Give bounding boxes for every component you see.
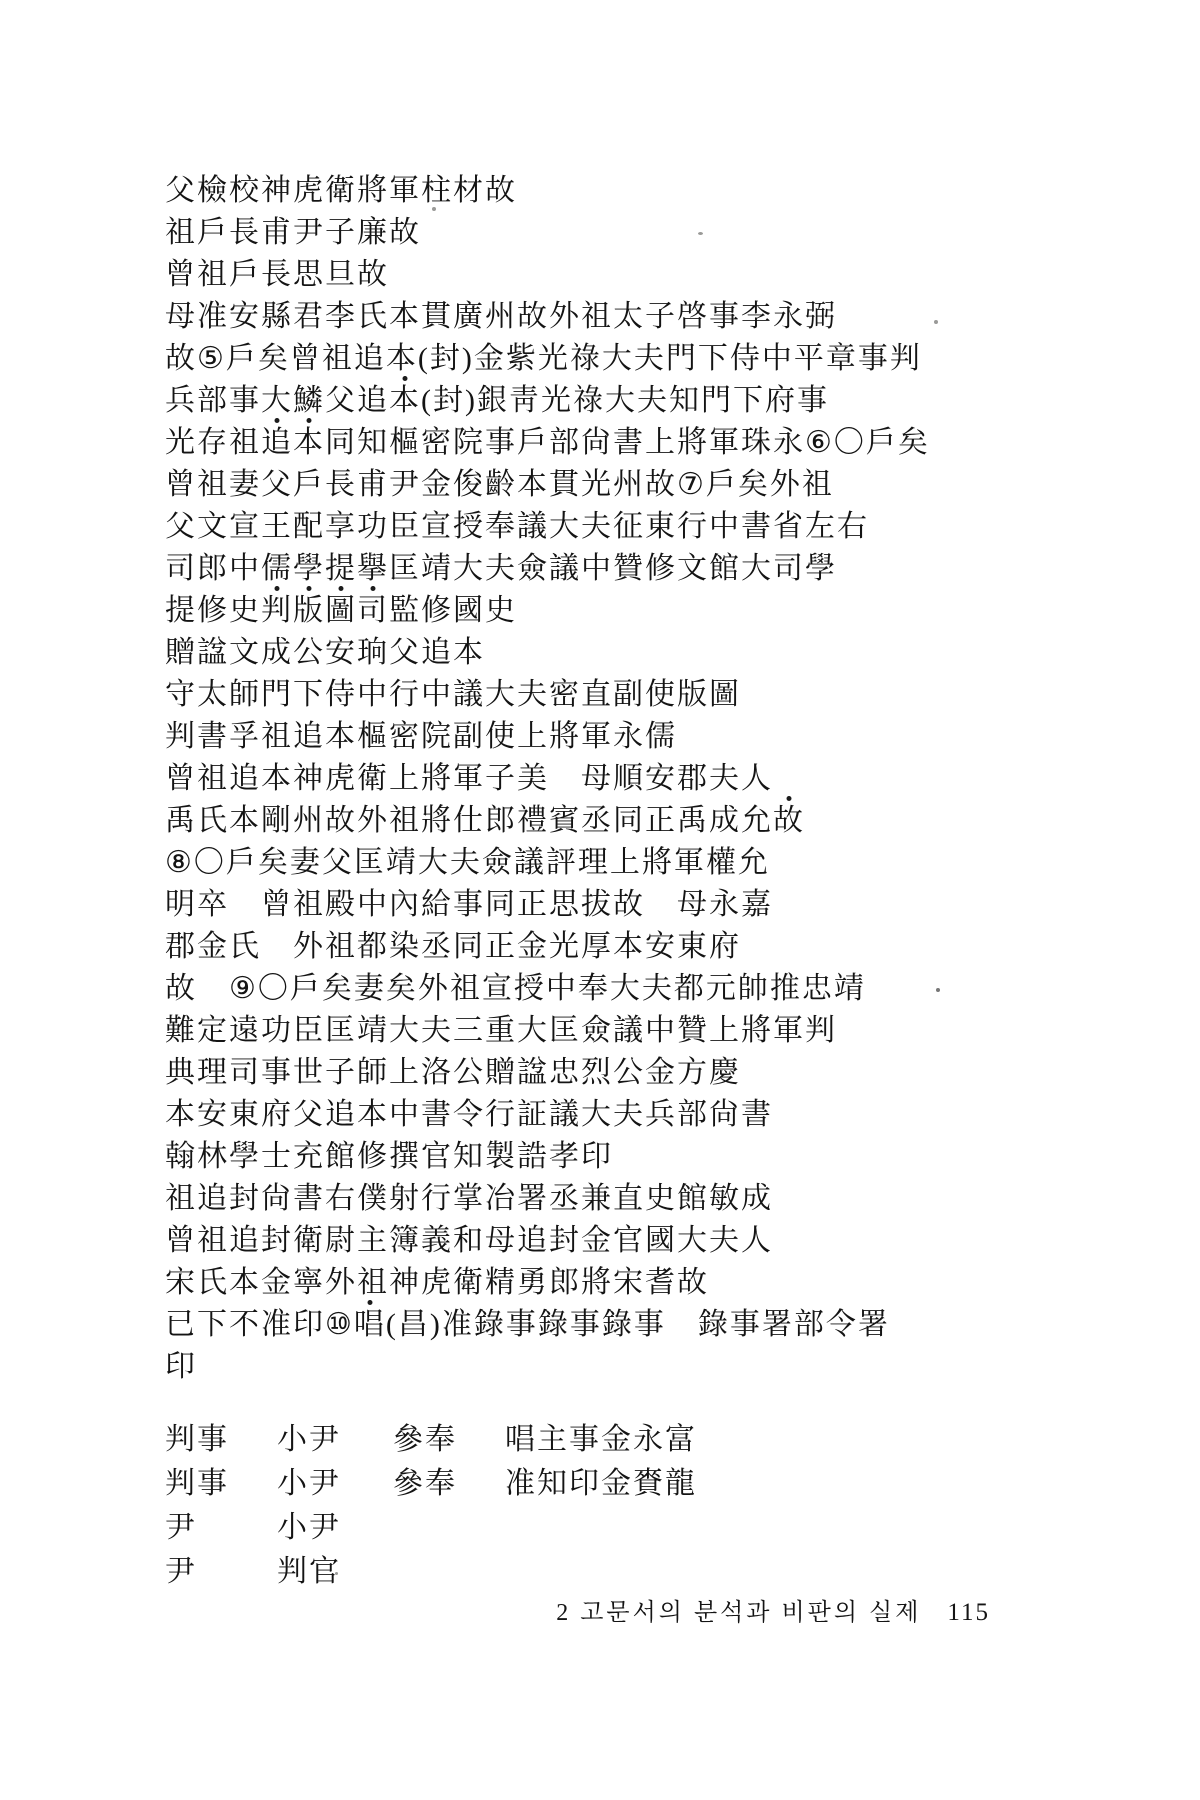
page-footer: 2 고문서의 분석과 비판의 실제 115 (556, 1592, 990, 1627)
officials-cell (505, 1550, 1035, 1594)
footer-section-title: 2 고문서의 분석과 비판의 실제 (556, 1592, 921, 1627)
officials-cell: 小尹 (277, 1462, 393, 1506)
document-line: 已下不准印⑩唱(昌)准錄事錄事錄事 錄事署部令署 (165, 1304, 1035, 1346)
document-line: ⑧〇戶矣妻父匡靖大夫僉議評理上將軍權允 (165, 842, 1035, 884)
officials-cell: 參奉 (393, 1418, 505, 1462)
document-line: 故⑤戶矣曾祖追本(封)金紫光祿大夫門下侍中平章事判 (165, 338, 1035, 380)
document-lines: 父檢校神虎衛將軍柱材故祖戶長甫尹子廉故曾祖戶長思旦故母准安縣君李氏本貫廣州故外祖… (165, 170, 1035, 1388)
document-line: 曾祖戶長思旦故 (165, 254, 1035, 296)
document-line: 父檢校神虎衛將軍柱材故 (165, 170, 1035, 212)
document-line: 曾祖妻父戶長甫尹金俊齡本貫光州故⑦戶矣外祖 (165, 464, 1035, 506)
officials-cell: 尹 (165, 1506, 277, 1550)
officials-cell: 判事 (165, 1462, 277, 1506)
scan-speck (335, 1572, 338, 1575)
officials-table: 判事小尹參奉唱主事金永富判事小尹參奉准知印金賚龍尹小尹尹判官 (165, 1418, 1035, 1594)
officials-cell: 小尹 (277, 1506, 393, 1550)
document-line: 司郎中儒學提擧匡靖大夫僉議中贊修文館大司學 (165, 548, 1035, 590)
officials-row: 判事小尹參奉唱主事金永富 (165, 1418, 1035, 1462)
document-line: 守太師門下侍中行中議大夫密直副使版圖 (165, 674, 1035, 716)
officials-cell: 小尹 (277, 1418, 393, 1462)
officials-row: 尹小尹 (165, 1506, 1035, 1550)
officials-row: 判事小尹參奉准知印金賚龍 (165, 1462, 1035, 1506)
officials-cell: 參奉 (393, 1462, 505, 1506)
document-line: 判書孚祖追本樞密院副使上將軍永儒 (165, 716, 1035, 758)
document-line: 翰林學士充館修撰官知製誥孝印 (165, 1136, 1035, 1178)
scan-speck (934, 320, 938, 324)
scan-speck (432, 207, 436, 211)
document-line: 提修史判版圖司監修國史 (165, 590, 1035, 632)
scan-speck (936, 988, 940, 992)
document-line: 母准安縣君李氏本貫廣州故外祖太子啓事李永弼 (165, 296, 1035, 338)
document-line: 兵部事大鱗父追本(封)銀靑光祿大夫知門下府事 (165, 380, 1035, 422)
officials-cell (393, 1550, 505, 1594)
officials-cell (393, 1506, 505, 1550)
document-line: 父文宣王配享功臣宣授奉議大夫征東行中書省左右 (165, 506, 1035, 548)
document-line: 贈諡文成公安珦父追本 (165, 632, 1035, 674)
document-line: 印 (165, 1346, 1035, 1388)
scanned-page: 父檢校神虎衛將軍柱材故祖戶長甫尹子廉故曾祖戶長思旦故母准安縣君李氏本貫廣州故外祖… (0, 0, 1200, 1800)
officials-cell: 唱主事金永富 (505, 1418, 1035, 1462)
document-line: 宋氏本金寧外祖神虎衛精勇郎將宋耆故 (165, 1262, 1035, 1304)
document-line: 典理司事世子師上洛公贈諡忠烈公金方慶 (165, 1052, 1035, 1094)
officials-cell (505, 1506, 1035, 1550)
document-line: 明卒 曾祖殿中內給事同正思拔故 母永嘉 (165, 884, 1035, 926)
officials-cell: 尹 (165, 1550, 277, 1594)
scan-speck (698, 232, 703, 235)
document-line: 難定遠功臣匡靖大夫三重大匡僉議中贊上將軍判 (165, 1010, 1035, 1052)
page-number: 115 (947, 1599, 990, 1627)
document-line: 故 ⑨〇戶矣妻矣外祖宣授中奉大夫都元帥推忠靖 (165, 968, 1035, 1010)
document-line: 本安東府父追本中書令行証議大夫兵部尙書 (165, 1094, 1035, 1136)
document-line: 祖追封尙書右僕射行掌冶署丞兼直史館敏成 (165, 1178, 1035, 1220)
document-line: 郡金氏 外祖都染丞同正金光厚本安東府 (165, 926, 1035, 968)
document-line: 曾祖追本神虎衛上將軍子美 母順安郡夫人 (165, 758, 1035, 800)
document-line: 禹氏本剛州故外祖將仕郎禮賓丞同正禹成允故 (165, 800, 1035, 842)
document-line: 光存祖追本同知樞密院事戶部尙書上將軍珠永⑥〇戶矣 (165, 422, 1035, 464)
officials-row: 尹判官 (165, 1550, 1035, 1594)
officials-cell: 判事 (165, 1418, 277, 1462)
document-line: 祖戶長甫尹子廉故 (165, 212, 1035, 254)
officials-cell: 准知印金賚龍 (505, 1462, 1035, 1506)
document-line: 曾祖追封衛尉主簿義和母追封金官國大夫人 (165, 1220, 1035, 1262)
